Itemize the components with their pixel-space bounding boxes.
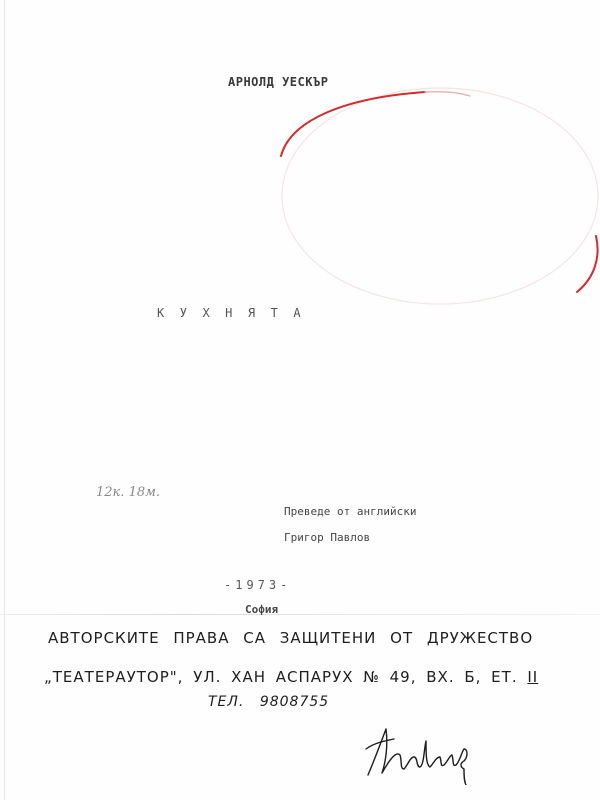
author-name: АРНОЛД УЕСКЪР (228, 75, 328, 89)
copyright-phone: ТЕЛ. 9808755 (208, 694, 329, 710)
publication-year: -1973- (224, 578, 291, 592)
translated-from-label: Преведе от английски (284, 505, 416, 518)
play-title: КУХНЯТА (157, 306, 316, 320)
copyright-line-1: АВТОРСКИТЕ ПРАВА СА ЗАЩИТЕНИ ОТ ДРУЖЕСТВ… (48, 629, 533, 647)
copyright-line-2: „ТЕАТЕРАУТОР", УЛ. ХАН АСПАРУХ № 49, ВХ.… (44, 668, 538, 686)
signature-icon (360, 715, 480, 785)
scan-edge-line (4, 0, 5, 800)
paste-seam-line (0, 614, 600, 615)
translator-name: Григор Павлов (284, 531, 370, 544)
pencil-note: 12к. 18м. (96, 485, 160, 500)
document-page: АРНОЛД УЕСКЪР КУХНЯТА 12к. 18м. Преведе … (0, 0, 600, 800)
publication-city: София (245, 603, 278, 616)
copyright-address: „ТЕАТЕРАУТОР", УЛ. ХАН АСПАРУХ № 49, ВХ.… (44, 668, 518, 686)
copyright-floor: II (527, 668, 538, 686)
